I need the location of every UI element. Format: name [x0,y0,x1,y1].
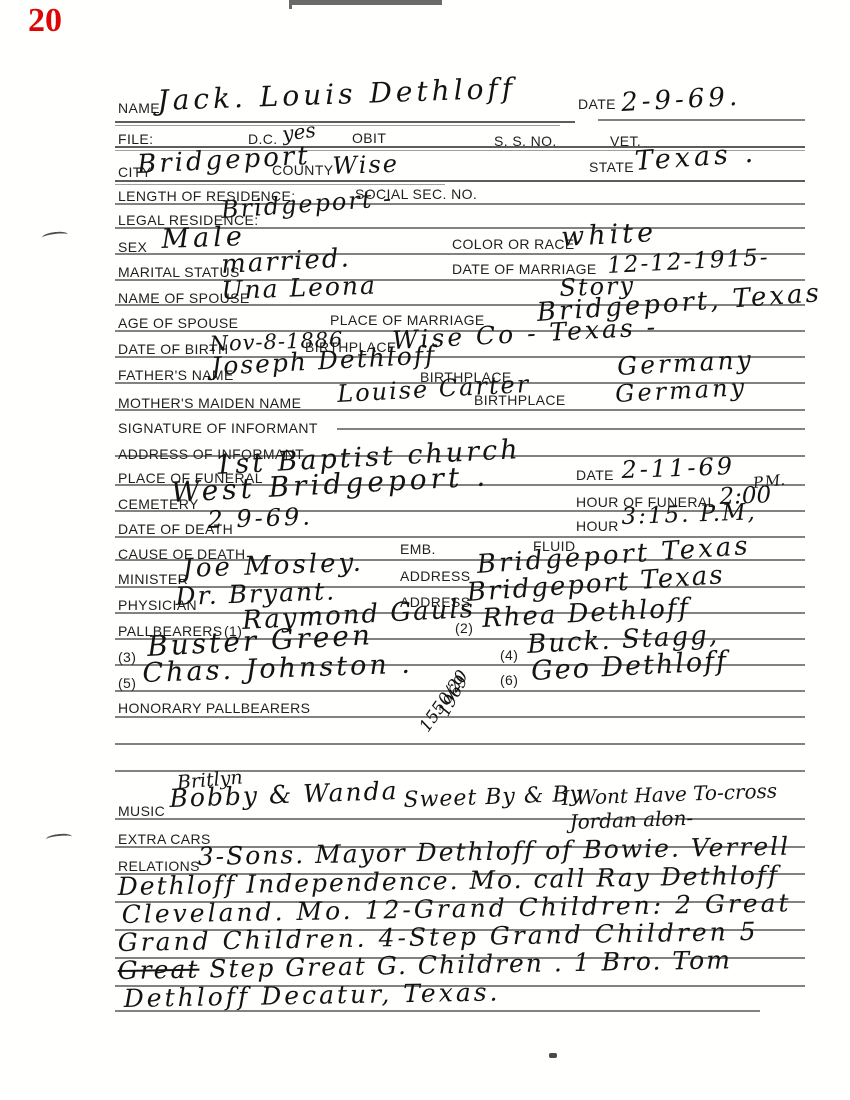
age-of-spouse-label: AGE OF SPOUSE [118,315,238,331]
hour-of-funeral-suffix: P.M. [752,471,786,492]
form-line [115,184,445,185]
music-song2-continued: Jordan alon- [569,806,693,834]
name-of-spouse-value: Una Leona [221,271,377,305]
name-label: NAME [118,100,160,116]
form-line [115,121,575,123]
page-number: 20 [28,2,62,40]
form-line [115,743,805,745]
date-of-death-value: 2 9-69. [207,502,313,534]
mothers-maiden-name-label: MOTHER'S MAIDEN NAME [118,395,301,411]
scanned-funeral-record: 20 NAME DATE FILE: D.C. OBIT S. S. NO. V… [0,0,850,1100]
state-label: STATE [589,159,634,175]
hour-label: HOUR [576,518,619,534]
honorary-pallbearers-label: HONORARY PALLBEARERS [118,700,310,716]
pallbearer-3-number: (3) [118,649,136,665]
music-label: MUSIC [118,803,165,819]
margin-mark [46,833,73,844]
scan-artifact-bar [292,0,442,5]
music-song2-value: I Wont Have To-cross [561,778,777,810]
form-line [115,180,805,182]
pallbearer-4-number: (4) [500,647,518,663]
file-label: FILE: [118,131,153,147]
ssno-label: S. S. NO. [494,133,557,149]
name-value: Jack. Louis Dethloff [157,71,517,117]
form-line [115,125,560,126]
form-line [115,818,805,820]
scribble-number: 1550/20 [416,667,473,736]
color-or-race-value: white [560,217,657,253]
sex-label: SEX [118,239,147,255]
emb-label: EMB. [400,541,436,557]
state-value: Texas . [634,138,758,177]
pallbearer-6-number: (6) [500,672,518,688]
mother-birthplace-value: Germany [615,373,748,408]
hour-of-death-value: 3:15. P.M, [621,499,757,530]
date-label: DATE [578,96,616,112]
form-line [598,119,805,121]
signature-of-informant-label: SIGNATURE OF INFORMANT [118,420,318,436]
funeral-date-label: DATE [576,467,614,483]
obit-label: OBIT [352,130,386,146]
music-song1-value: Sweet By & By [403,782,583,813]
funeral-date-value: 2-11-69 [621,452,735,484]
form-line [337,428,805,430]
margin-mark [42,230,69,241]
form-line [115,716,805,718]
scan-speck [549,1053,557,1058]
pallbearer-5-number: (5) [118,675,136,691]
county-value: Wise [332,150,399,180]
struck-word: Great [117,955,199,985]
color-or-race-label: COLOR OR RACE [452,236,575,252]
relations-line-6: Dethloff Decatur, Texas. [123,977,500,1013]
scan-artifact-tick [289,0,292,9]
date-value: 2-9-69. [620,82,741,118]
address-label: ADDRESS [400,568,470,584]
